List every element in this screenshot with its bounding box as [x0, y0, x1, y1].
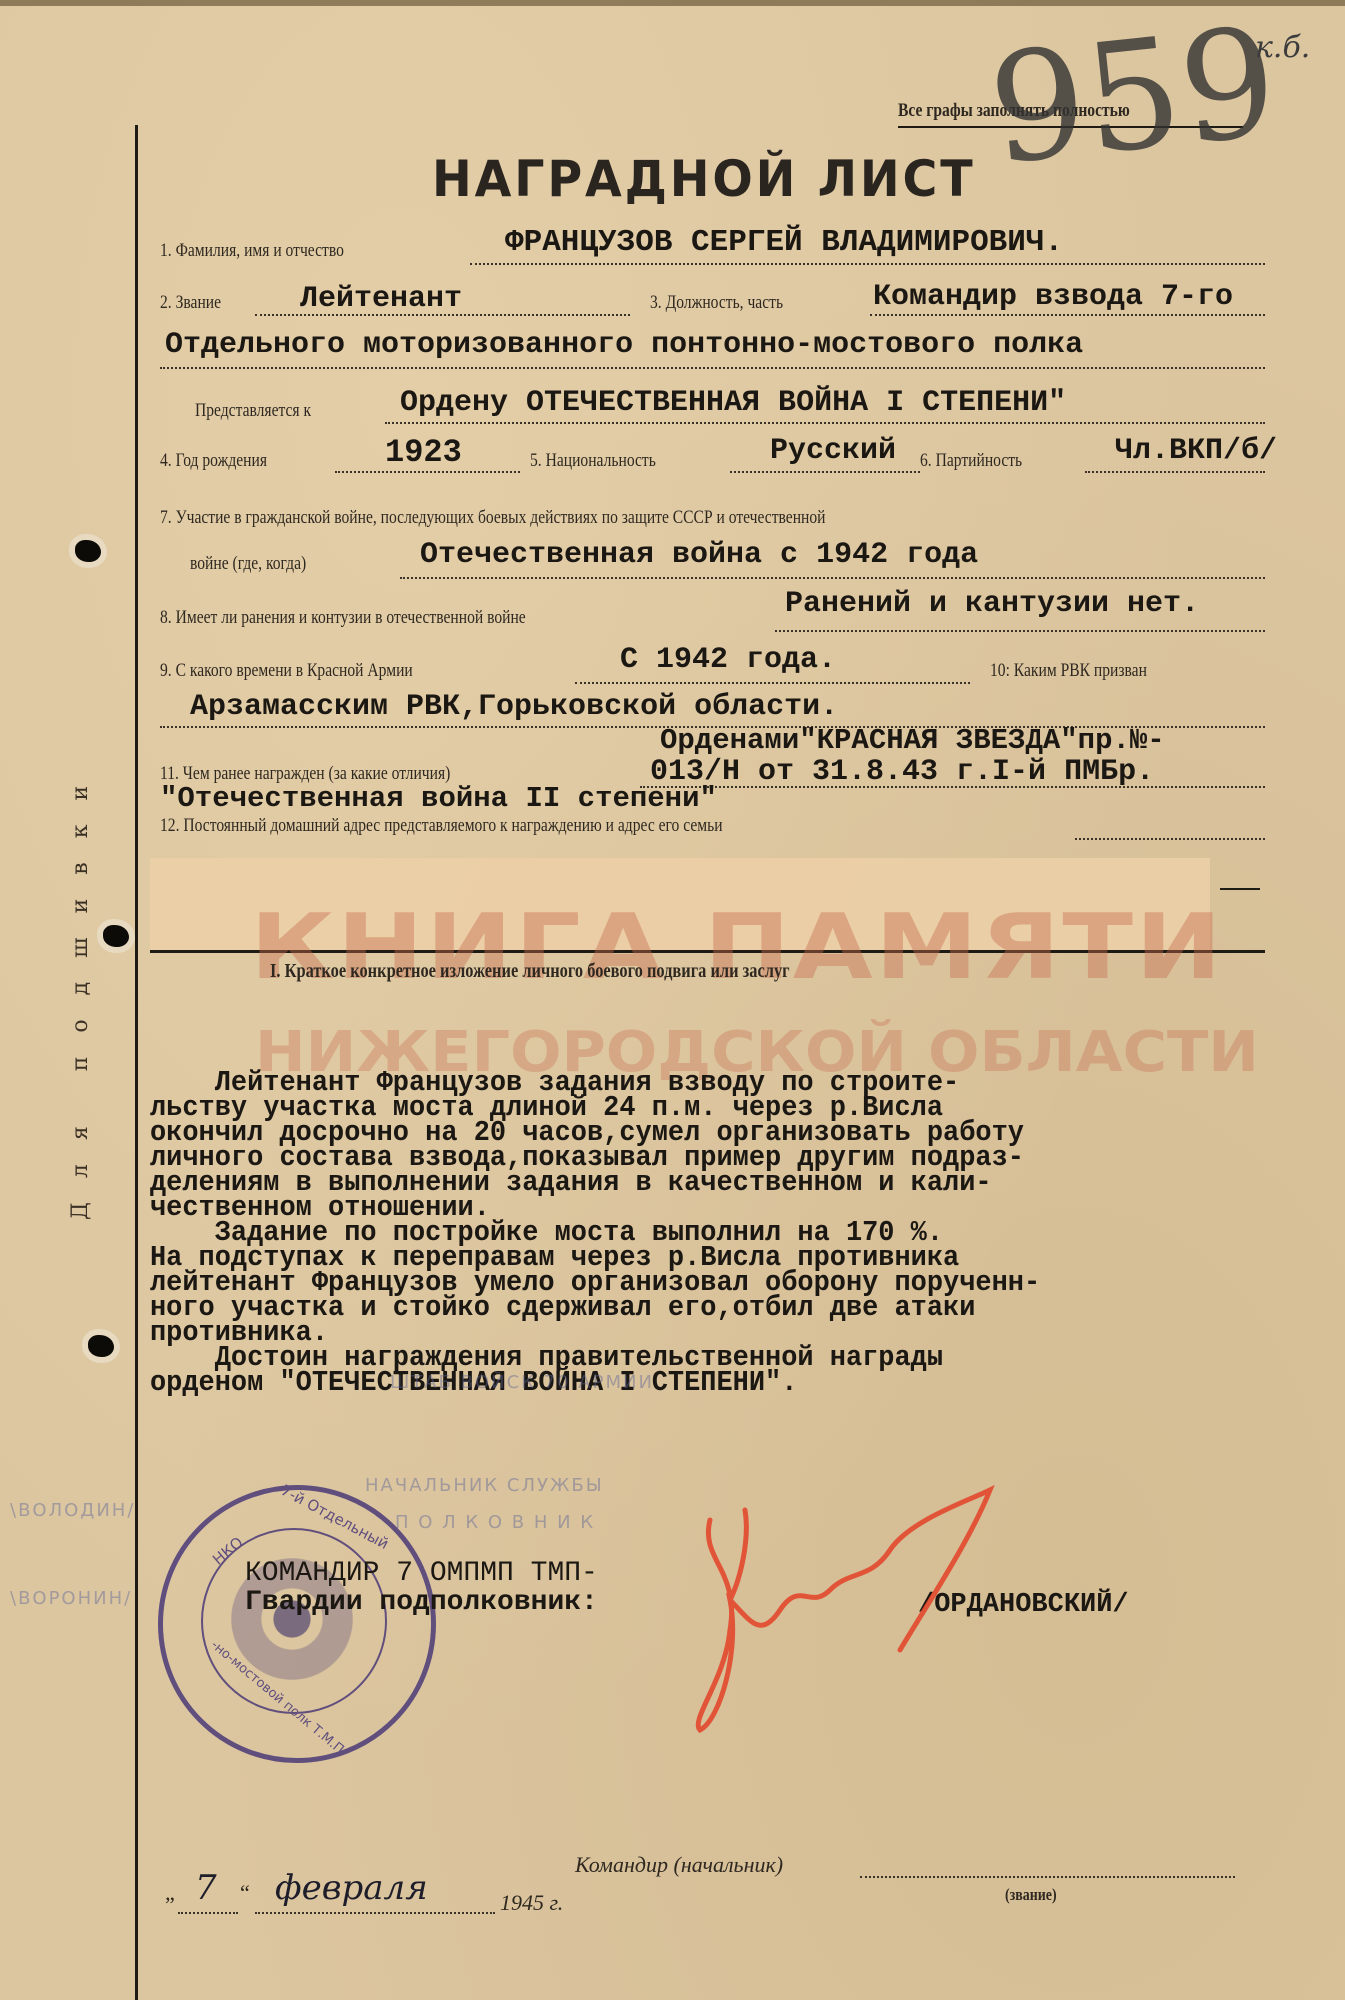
- ghost-stamp-text: ШТАБ ВОЙСК 70 АРМИИ: [390, 1372, 654, 1393]
- field-12-label: 12. Постоянный домашний адрес представля…: [160, 815, 723, 837]
- handwritten-signature-icon: [670, 1480, 1030, 1740]
- date-close-quote: “: [240, 1880, 250, 1906]
- field-7-value: Отечественная война с 1942 года: [420, 538, 978, 572]
- field-10-value: Арзамасским РВК,Горьковской области.: [190, 690, 838, 724]
- field-6-value: Чл.ВКП/б/: [1115, 434, 1277, 468]
- pencil-note: к.б.: [1255, 30, 1310, 65]
- signatory-title: КОМАНДИР 7 ОМПМП ТМП-: [245, 1558, 598, 1589]
- commander-label: Командир (начальник): [575, 1852, 783, 1878]
- citation-text: Лейтенант Французов задания взводу по ст…: [150, 1070, 1040, 1395]
- date-day: 7: [195, 1868, 217, 1908]
- ghost-stamp-text: \ВОЛОДИН/: [10, 1500, 135, 1521]
- section-heading: I. Краткое конкретное изложение личного …: [270, 960, 790, 983]
- nomination-line: [385, 422, 1265, 424]
- nomination-label: Представляется к: [195, 400, 311, 422]
- scan-edge: [0, 0, 1345, 6]
- field-2-value: Лейтенант: [300, 282, 462, 316]
- punch-hole-icon: [75, 540, 101, 562]
- signatory-rank: Гвардии подполковник:: [245, 1587, 598, 1618]
- binding-margin-line: [135, 125, 138, 2000]
- nomination-value: Ордену ОТЕЧЕСТВЕННАЯ ВОЙНА I СТЕПЕНИ": [400, 386, 1066, 420]
- date-month: февраля: [275, 1868, 428, 1908]
- field-9-label: 9. С какого времени в Красной Армии: [160, 660, 413, 682]
- field-11-value-2: 013/Н от 31.8.43 г.I-й ПМБр.: [650, 755, 1154, 789]
- ghost-stamp-text: НАЧАЛЬНИК СЛУЖБЫ: [365, 1475, 604, 1496]
- field-1-line: [470, 263, 1265, 265]
- field-11-line: [640, 786, 1265, 788]
- field-3-continuation-line: [160, 367, 1265, 369]
- field-1-value: ФРАНЦУЗОВ СЕРГЕЙ ВЛАДИМИРОВИЧ.: [505, 225, 1063, 260]
- field-1-label: 1. Фамилия, имя и отчество: [160, 240, 344, 262]
- field-4-label: 4. Год рождения: [160, 450, 267, 472]
- field-6-label: 6. Партийность: [920, 450, 1022, 472]
- field-12-line-2: [1220, 888, 1260, 890]
- field-9-value: С 1942 года.: [620, 643, 836, 677]
- field-7-label-2: войне (где, когда): [190, 553, 306, 575]
- rank-caption: (звание): [1005, 1885, 1057, 1905]
- field-3-continuation: Отдельного моторизованного понтонно-мост…: [165, 328, 1083, 362]
- watermark-title: КНИГА ПАМЯТИ: [250, 895, 1224, 1000]
- date-year: 1945 г.: [500, 1890, 563, 1916]
- field-5-value: Русский: [770, 434, 896, 468]
- field-6-line: [1085, 471, 1265, 473]
- binding-margin-label: Для подшивки: [68, 762, 93, 1220]
- field-5-line: [730, 471, 920, 473]
- field-9-line: [575, 682, 970, 684]
- field-8-line: [775, 630, 1265, 632]
- field-4-line: [335, 471, 520, 473]
- punch-hole-icon: [88, 1335, 114, 1357]
- page-title: НАГРАДНОЙ ЛИСТ: [432, 150, 975, 208]
- ghost-stamp-text: П О Л К О В Н И К: [395, 1512, 595, 1533]
- commander-line: [860, 1876, 1235, 1878]
- field-8-value: Ранений и кантузии нет.: [785, 587, 1199, 621]
- field-2-label: 2. Звание: [160, 292, 221, 314]
- field-10-label: 10: Каким РВК призван: [990, 660, 1147, 682]
- field-3-label: 3. Должность, часть: [650, 292, 783, 314]
- punch-hole-icon: [103, 925, 129, 947]
- field-8-label: 8. Имеет ли ранения и контузии в отечест…: [160, 607, 526, 629]
- ghost-stamp-text: \ВОРОНИН/: [10, 1588, 132, 1609]
- field-11-value-1: Орденами"КРАСНАЯ ЗВЕЗДА"пр.№-: [660, 724, 1165, 757]
- official-seal-icon: 7-й Отдельный НКО -но-мостовой полк Т.М.…: [158, 1485, 436, 1763]
- date-open-quote: „: [165, 1880, 175, 1906]
- field-7-line: [400, 577, 1265, 579]
- date-month-line: [255, 1912, 495, 1914]
- field-11-value-3: "Отечественная война II степени": [160, 782, 717, 815]
- field-3-value: Командир взвода 7-го: [873, 280, 1233, 314]
- field-12-line: [1075, 838, 1265, 840]
- pencil-number: 959: [982, 0, 1285, 198]
- field-5-label: 5. Национальность: [530, 450, 656, 472]
- field-4-value: 1923: [385, 434, 462, 471]
- field-7-label: 7. Участие в гражданской войне, последую…: [160, 507, 826, 529]
- date-day-line: [178, 1912, 238, 1914]
- field-3-line: [870, 314, 1265, 316]
